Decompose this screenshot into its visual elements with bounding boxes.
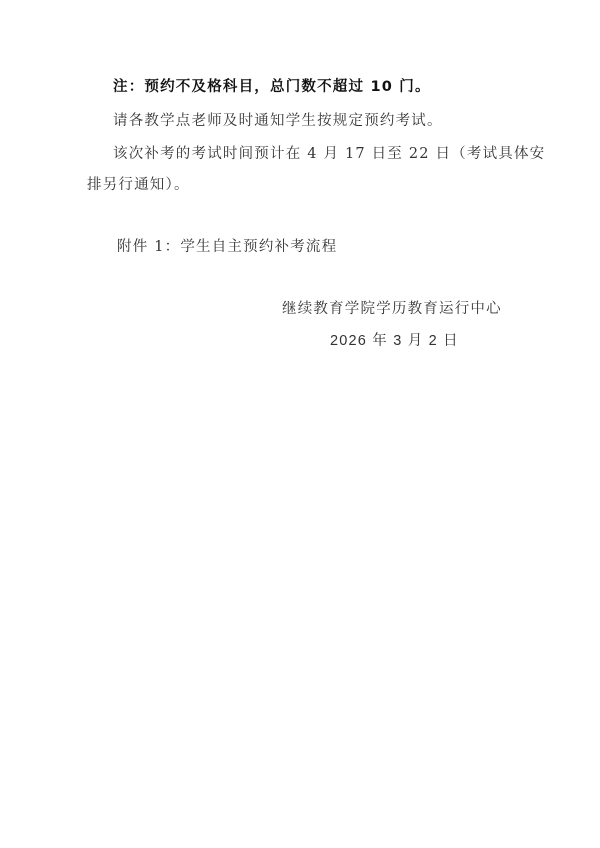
paragraph-exam-time-line1: 该次补考的考试时间预计在 4 月 17 日至 22 日（考试具体安 [113,144,545,164]
paragraph-notify-students: 请各教学点老师及时通知学生按规定预约考试。 [113,111,443,131]
signature-date: 2026 年 3 月 2 日 [330,331,459,351]
note-text: 注：预约不及格科目，总门数不超过 10 门。 [113,77,431,97]
paragraph-exam-time-line2: 排另行通知）。 [87,175,190,195]
attachment-link: 附件 1：学生自主预约补考流程 [117,237,337,257]
signature-organization: 继续教育学院学历教育运行中心 [282,299,502,319]
